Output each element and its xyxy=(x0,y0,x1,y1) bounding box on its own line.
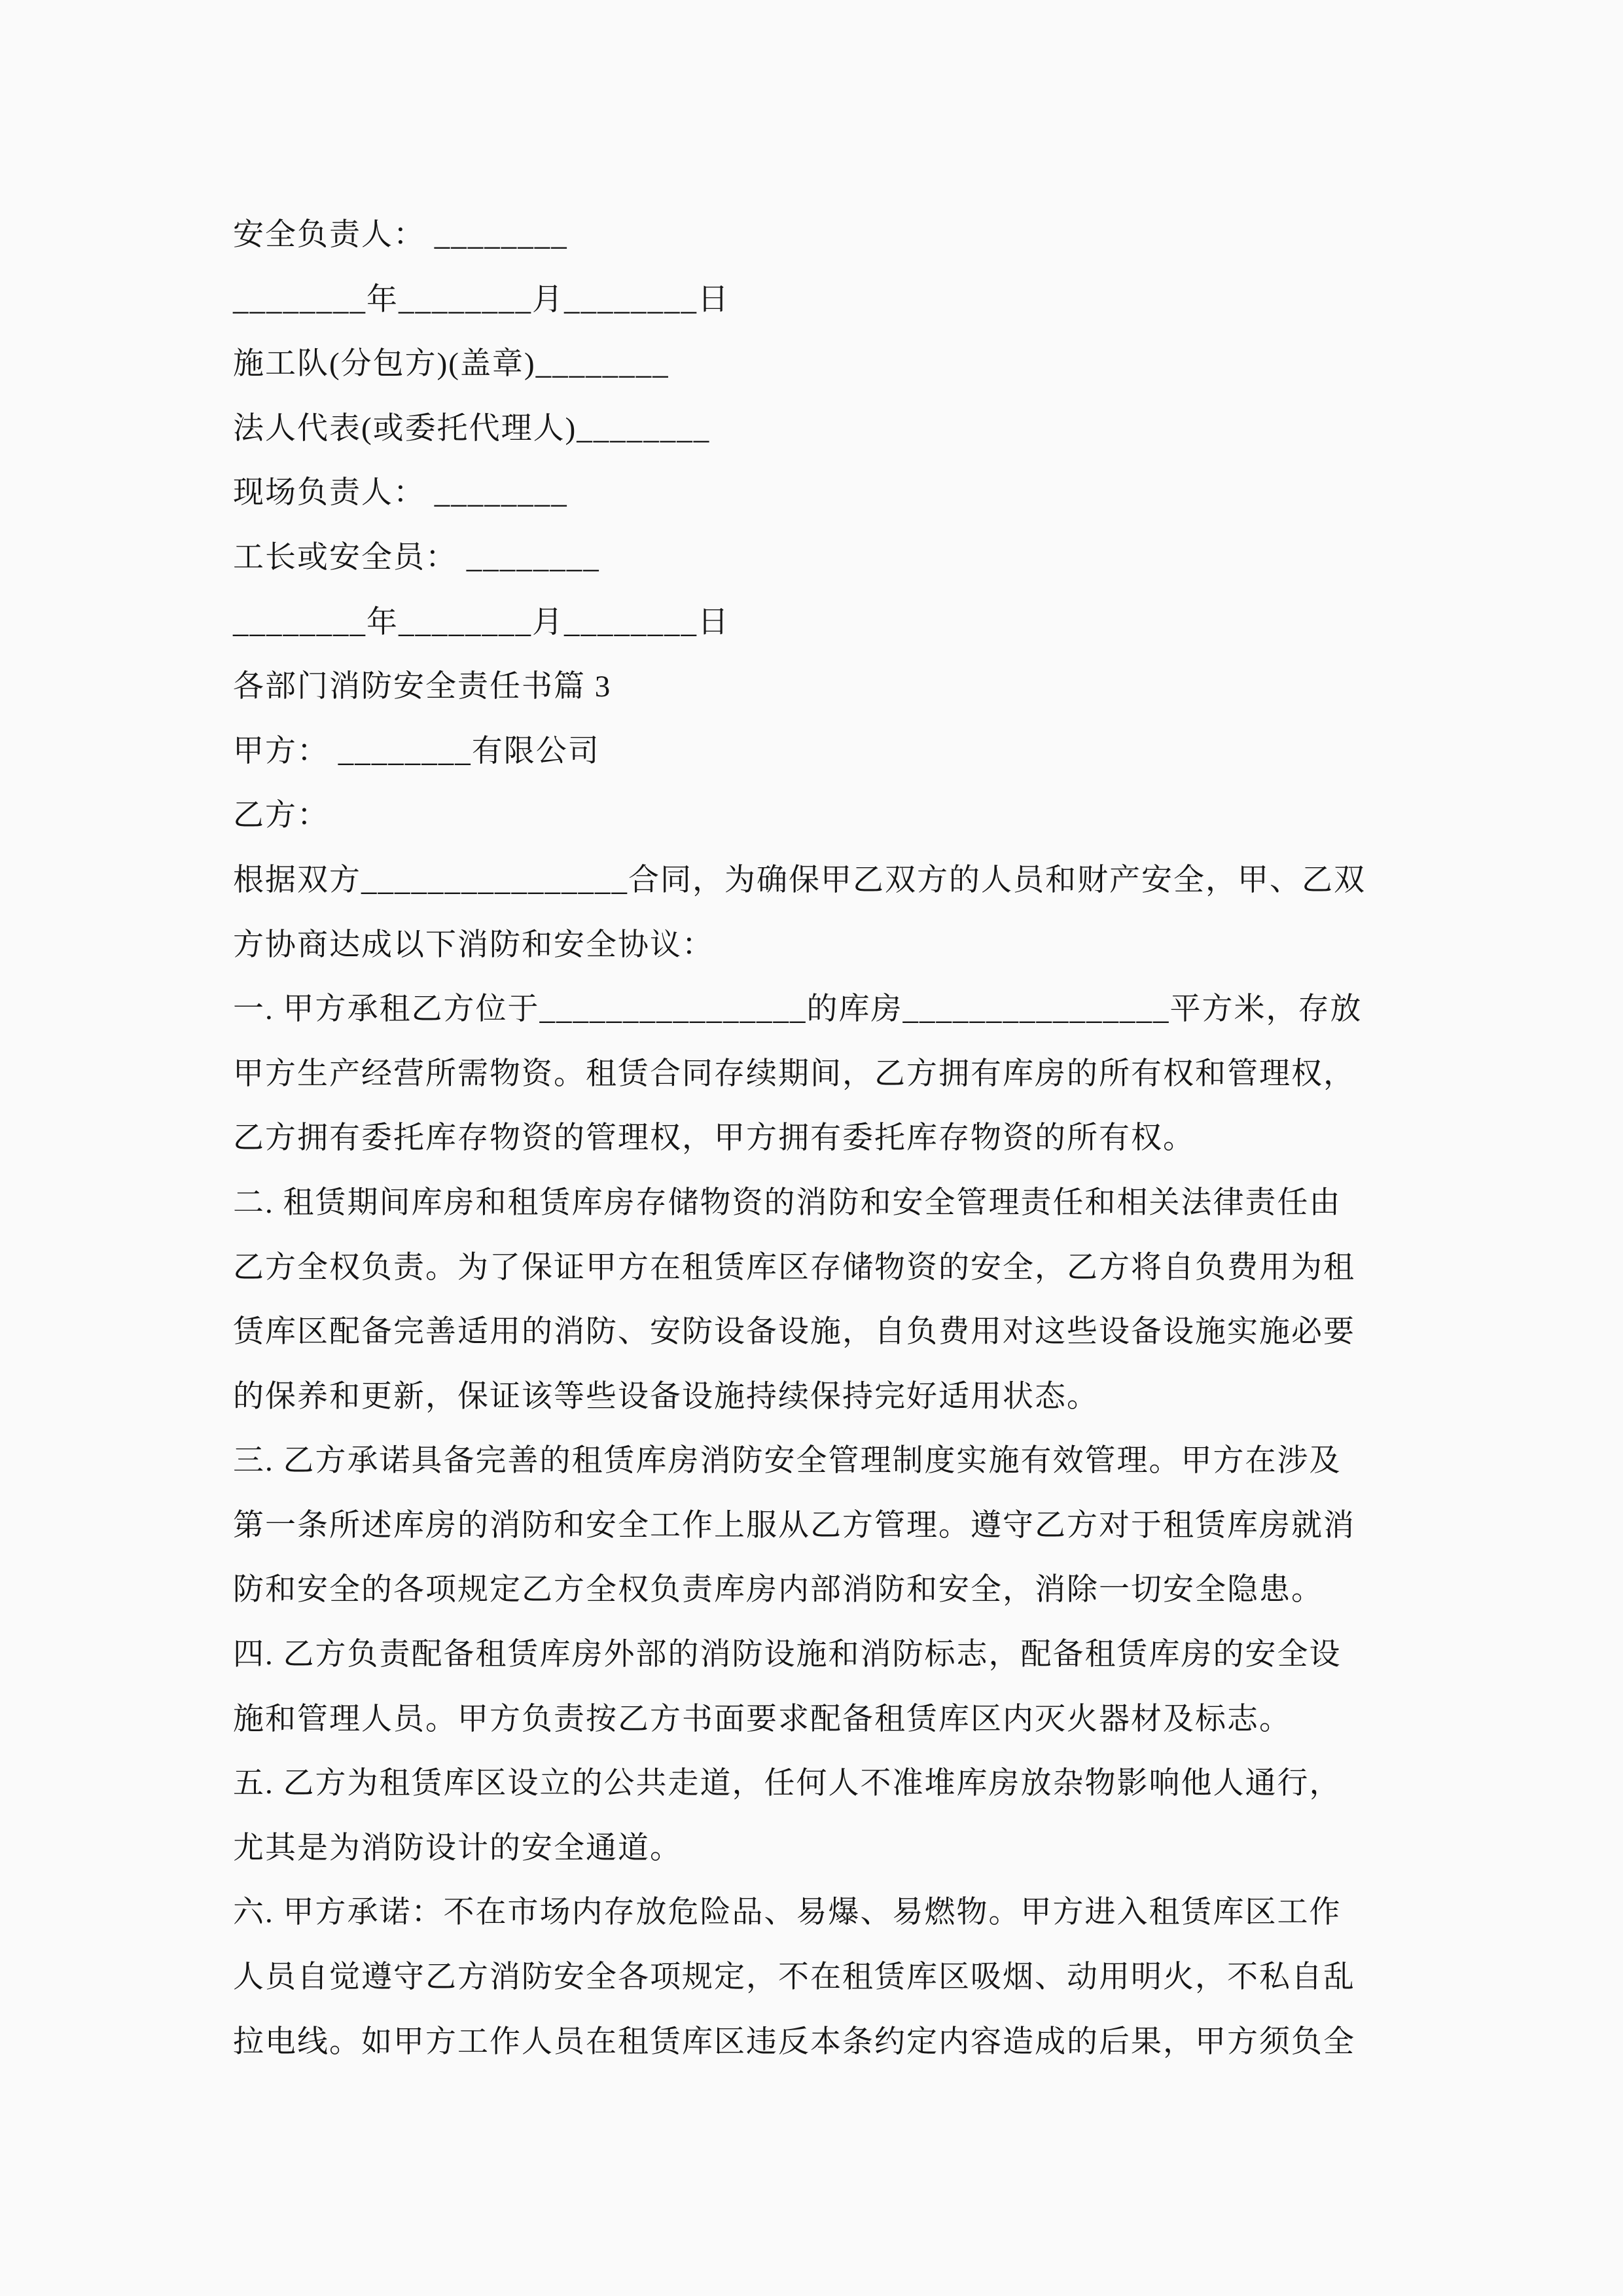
clause-1-line: 一. 甲方承租乙方位于________________的库房__________… xyxy=(233,977,1407,1042)
clause-5-line: 五. 乙方为租赁库区设立的公共走道，任何人不准堆库房放杂物影响他人通行， xyxy=(233,1751,1407,1816)
clause-5-line: 尤其是为消防设计的安全通道。 xyxy=(233,1816,1407,1881)
party-a-line: 甲方： ________有限公司 xyxy=(233,719,1407,784)
clause-3-line: 防和安全的各项规定乙方全权负责库房内部消防和安全，消除一切安全隐患。 xyxy=(233,1558,1407,1623)
clause-3-line: 第一条所述库房的消防和安全工作上服从乙方管理。遵守乙方对于租赁库房就消 xyxy=(233,1494,1407,1558)
signature-line-safety-officer: 安全负责人： ________ xyxy=(233,203,1407,268)
date-blank-line: ________年________月________日 xyxy=(233,268,1407,332)
clause-2-line: 的保养和更新，保证该等些设备设施持续保持完好适用状态。 xyxy=(233,1365,1407,1429)
party-b-line: 乙方： xyxy=(233,783,1407,848)
clause-2-line: 乙方全权负责。为了保证甲方在租赁库区存储物资的安全，乙方将自负费用为租 xyxy=(233,1236,1407,1300)
clause-6-line: 六. 甲方承诺：不在市场内存放危险品、易爆、易燃物。甲方进入租赁库区工作 xyxy=(233,1880,1407,1945)
signature-line-foreman: 工长或安全员： ________ xyxy=(233,526,1407,590)
clause-6-line: 拉电线。如甲方工作人员在租赁库区违反本条约定内容造成的后果，甲方须负全 xyxy=(233,2010,1407,2075)
clause-6-line: 人员自觉遵守乙方消防安全各项规定，不在租赁库区吸烟、动用明火，不私自乱 xyxy=(233,1945,1407,2010)
date-blank-line: ________年________月________日 xyxy=(233,590,1407,655)
clause-3-line: 三. 乙方承诺具备完善的租赁库房消防安全管理制度实施有效管理。甲方在涉及 xyxy=(233,1429,1407,1494)
clause-4-line: 施和管理人员。甲方负责按乙方书面要求配备租赁库区内灭火器材及标志。 xyxy=(233,1687,1407,1752)
clause-4-line: 四. 乙方负责配备租赁库房外部的消防设施和消防标志，配备租赁库房的安全设 xyxy=(233,1623,1407,1687)
preamble-line: 根据双方________________合同，为确保甲乙双方的人员和财产安全，甲… xyxy=(233,848,1407,913)
signature-line-construction-team: 施工队(分包方)(盖章)________ xyxy=(233,332,1407,397)
signature-line-legal-representative: 法人代表(或委托代理人)________ xyxy=(233,397,1407,461)
section-heading: 各部门消防安全责任书篇 3 xyxy=(233,655,1407,719)
clause-1-line: 甲方生产经营所需物资。租赁合同存续期间，乙方拥有库房的所有权和管理权， xyxy=(233,1042,1407,1107)
clause-2-line: 二. 租赁期间库房和租赁库房存储物资的消防和安全管理责任和相关法律责任由 xyxy=(233,1171,1407,1236)
signature-line-site-manager: 现场负责人： ________ xyxy=(233,461,1407,526)
preamble-line: 方协商达成以下消防和安全协议： xyxy=(233,913,1407,978)
document-page: 安全负责人： ________ ________年________月______… xyxy=(0,0,1623,2296)
clause-1-line: 乙方拥有委托库存物资的管理权，甲方拥有委托库存物资的所有权。 xyxy=(233,1106,1407,1171)
clause-2-line: 赁库区配备完善适用的消防、安防设备设施，自负费用对这些设备设施实施必要 xyxy=(233,1300,1407,1365)
